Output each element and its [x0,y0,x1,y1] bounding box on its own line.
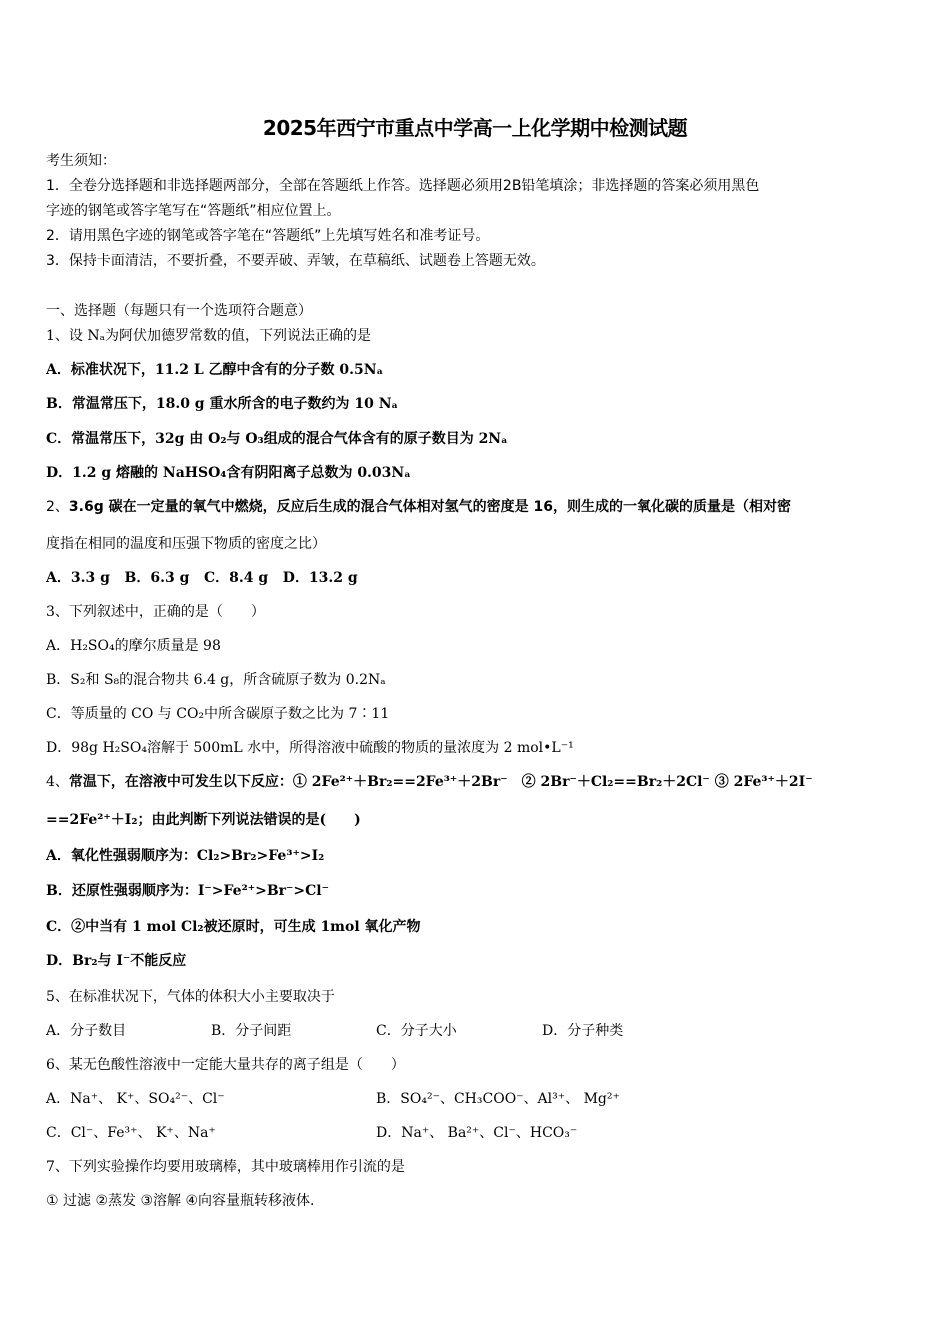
question-2-option-d: D．13.2 g [283,570,358,586]
question-4-option-a: A．氧化性强弱顺序为：Cl₂>Br₂>Fe³⁺>I₂ [46,846,324,866]
question-3-option-b: B．S₂和 S₈的混合物共 6.4 g，所含硫原子数为 0.2Nₐ [46,670,386,690]
question-text: 下列实验操作均要用玻璃棒，其中玻璃棒用作引流的是 [69,1159,405,1175]
notice-item: 字迹的钢笔或答字笔写在“答题纸”相应位置上。 [46,201,341,221]
question-text: 常温下，在溶液中可发生以下反应：① 2Fe²⁺＋Br₂==2Fe³⁺＋2Br⁻ … [69,774,813,790]
question-1-option-c: C．常温常压下，32g 由 O₂与 O₃组成的混合气体含有的原子数目为 2Nₐ [46,429,508,449]
question-3-option-a: A．H₂SO₄的摩尔质量是 98 [46,636,221,656]
question-1-stem: 1、设 Nₐ为阿伏加德罗常数的值，下列说法正确的是 [46,326,371,346]
question-6-option-d: D．Na⁺、 Ba²⁺、Cl⁻、HCO₃⁻ [376,1123,577,1143]
question-6-option-a: A．Na⁺、 K⁺、SO₄²⁻、Cl⁻ [46,1089,225,1109]
question-text: 某无色酸性溶液中一定能大量共存的离子组是（ ） [69,1057,405,1073]
question-3-option-c: C．等质量的 CO 与 CO₂中所含碳原子数之比为 7∶11 [46,704,389,724]
question-2-stem-cont: 度指在相同的温度和压强下物质的密度之比） [46,534,326,554]
question-3-option-d: D．98g H₂SO₄溶解于 500mL 水中，所得溶液中硫酸的物质的量浓度为 … [46,738,574,758]
notice-item: 2．请用黑色字迹的钢笔或答字笔在“答题纸”上先填写姓名和准考证号。 [46,226,489,246]
question-1-option-d: D．1.2 g 熔融的 NaHSO₄含有阴阳离子总数为 0.03Nₐ [46,463,411,483]
question-number: 4、 [46,774,69,790]
question-6-option-c: C．Cl⁻、Fe³⁺、 K⁺、Na⁺ [46,1123,216,1143]
question-2-option-c: C．8.4 g [204,570,268,586]
question-number: 3、 [46,604,69,620]
question-2-option-b: B．6.3 g [125,570,190,586]
notice-heading: 考生须知： [46,151,116,171]
question-number: 5、 [46,989,69,1005]
question-2-option-a: A．3.3 g [46,570,110,586]
question-3-stem: 3、下列叙述中，正确的是（ ） [46,602,265,622]
section-heading: 一、选择题（每题只有一个选项符合题意） [46,301,312,321]
question-text: 设 Nₐ为阿伏加德罗常数的值，下列说法正确的是 [69,328,371,344]
question-text: 3.6g 碳在一定量的氧气中燃烧，反应后生成的混合气体相对氢气的密度是 16，则… [69,499,791,515]
question-6-stem: 6、某无色酸性溶液中一定能大量共存的离子组是（ ） [46,1055,405,1075]
question-7-stem: 7、下列实验操作均要用玻璃棒，其中玻璃棒用作引流的是 [46,1157,405,1177]
question-5-option-d: D．分子种类 [542,1021,623,1041]
question-4-option-c: C．②中当有 1 mol Cl₂被还原时，可生成 1mol 氧化产物 [46,917,421,937]
question-7-items: ① 过滤 ②蒸发 ③溶解 ④向容量瓶转移液体. [46,1191,314,1211]
question-4-option-d: D．Br₂与 I⁻不能反应 [46,951,186,971]
question-1-option-a: A．标准状况下，11.2 L 乙醇中含有的分子数 0.5Nₐ [46,360,383,380]
question-1-option-b: B．常温常压下，18.0 g 重水所含的电子数约为 10 Nₐ [46,394,398,414]
question-text: 在标准状况下，气体的体积大小主要取决于 [69,989,335,1005]
page-title: 2025年西宁市重点中学高一上化学期中检测试题 [0,112,950,141]
question-5-option-a: A．分子数目 [46,1021,126,1041]
question-5-option-c: C．分子大小 [376,1021,457,1041]
question-2-stem: 2、3.6g 碳在一定量的氧气中燃烧，反应后生成的混合气体相对氢气的密度是 16… [46,497,791,517]
question-4-option-b: B．还原性强弱顺序为：I⁻>Fe²⁺>Br⁻>Cl⁻ [46,881,329,901]
question-number: 1、 [46,328,69,344]
question-6-option-b: B．SO₄²⁻、CH₃COO⁻、Al³⁺、 Mg²⁺ [376,1089,620,1109]
question-4-stem-cont: ==2Fe²⁺＋I₂；由此判断下列说法错误的是( ) [46,810,361,830]
notice-item: 3．保持卡面清洁，不要折叠，不要弄破、弄皱，在草稿纸、试题卷上答题无效。 [46,251,545,271]
question-5-option-b: B．分子间距 [211,1021,291,1041]
question-number: 6、 [46,1057,69,1073]
document-page: 2025年西宁市重点中学高一上化学期中检测试题 考生须知： 1．全卷分选择题和非… [0,0,950,1344]
question-number: 2、 [46,499,69,515]
question-5-stem: 5、在标准状况下，气体的体积大小主要取决于 [46,987,335,1007]
question-2-options: A．3.3 g B．6.3 g C．8.4 g D．13.2 g [46,568,358,588]
question-number: 7、 [46,1159,69,1175]
notice-item: 1．全卷分选择题和非选择题两部分，全部在答题纸上作答。选择题必须用2B铅笔填涂；… [46,176,759,196]
question-4-stem: 4、常温下，在溶液中可发生以下反应：① 2Fe²⁺＋Br₂==2Fe³⁺＋2Br… [46,772,813,792]
question-text: 下列叙述中，正确的是（ ） [69,604,265,620]
